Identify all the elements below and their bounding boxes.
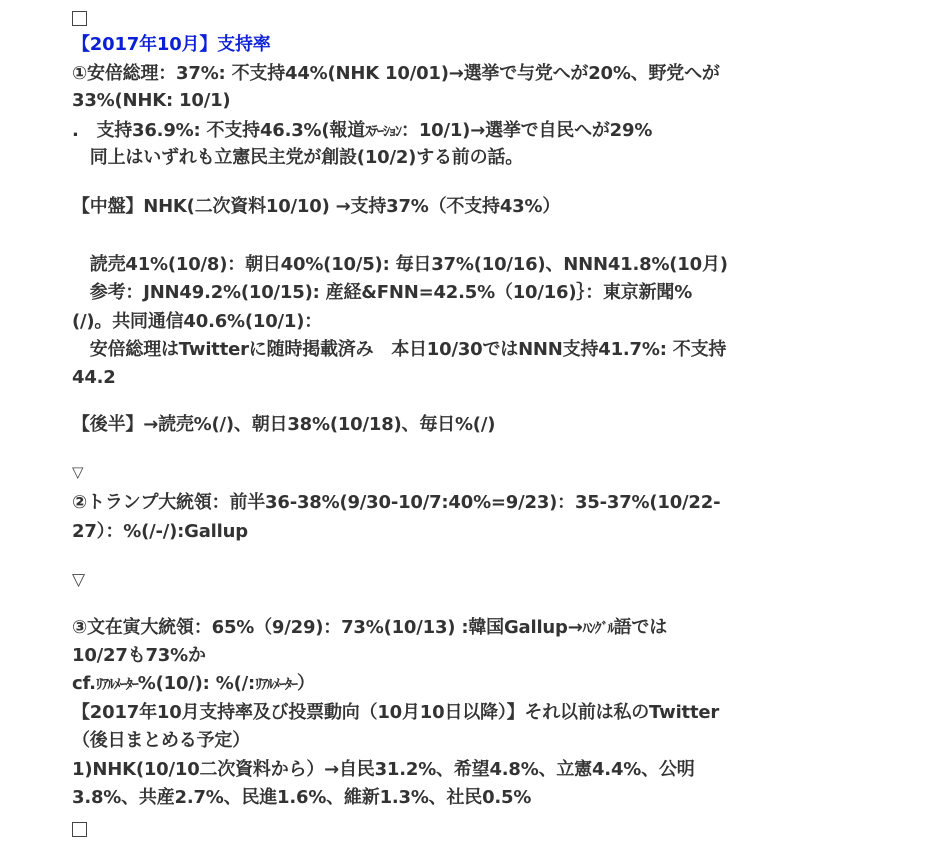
mid-period-line-5: 44.2 xyxy=(72,366,116,390)
text-segment: ：10/1)→選挙で自民へが29% xyxy=(401,120,652,141)
trump-approval-line-1: ②トランプ大統領：前半36-38%(9/30-10/7:40%=9/23)：35… xyxy=(72,491,720,515)
abe-approval-line-1: ①安倍総理：37%: 不支持44%(NHK 10/01)→選挙で与党へが20%、… xyxy=(72,62,720,86)
vote-trend-line-1: 1)NHK(10/10二次資料から）→自民31.2%、希望4.8%、立憲4.4%… xyxy=(72,758,695,782)
vote-trend-header: 【2017年10月支持率及び投票動向（10月10日以降）】それ以前は私のTwit… xyxy=(72,701,719,725)
mid-period-header: 【中盤】NHK(二次資料10/10) →支持37%（不支持43%） xyxy=(72,195,560,219)
mid-period-line-4: 安倍総理はTwitterに随時掲載済み 本日10/30ではNNN支持41.7%:… xyxy=(72,338,726,362)
vote-trend-line-2: 3.8%、共産2.7%、民進1.6%、維新1.3%、社民0.5% xyxy=(72,786,531,810)
triangle-marker-2: ▽ xyxy=(72,568,85,592)
mid-period-line-2: 参考：JNN49.2%(10/15): 産経&FNN=42.5%（10/16)｝… xyxy=(72,281,692,305)
text-segment-kana: ﾊﾝｸﾞﾙ xyxy=(583,621,614,637)
mid-period-line-3: (/)。共同通信40.6%(10/1)： xyxy=(72,310,322,334)
text-segment: . 支持36.9%: 不支持46.3%(報道 xyxy=(72,120,365,141)
text-segment: cf. xyxy=(72,673,96,694)
trump-approval-line-2: 27）：%(/-/):Gallup xyxy=(72,520,248,544)
late-period-header: 【後半】→読売%(/)、朝日38%(10/18)、毎日%(/) xyxy=(72,413,495,437)
checkbox-marker-top xyxy=(72,6,87,30)
text-segment: ） xyxy=(297,673,315,694)
mid-period-line-1: 読売41%(10/8)：朝日40%(10/5): 毎日37%(10/16)、NN… xyxy=(72,253,728,277)
text-segment-kana: ﾘｱﾙﾒｰﾀｰ xyxy=(96,677,138,693)
abe-note-line: 同上はいずれも立憲民主党が創設(10/2)する前の話。 xyxy=(72,146,523,170)
text-segment: %(10/): %(/: xyxy=(138,673,255,694)
square-icon xyxy=(72,11,87,26)
moon-approval-line-1: ③文在寅大統領：65%（9/29)：73%(10/13) :韓国Gallup→ﾊ… xyxy=(72,616,667,640)
abe-approval-line-3: . 支持36.9%: 不支持46.3%(報道ｽﾃｰｼｮﾝ：10/1)→選挙で自民… xyxy=(72,119,652,143)
text-segment-kana: ｽﾃｰｼｮﾝ xyxy=(365,124,401,140)
page-title: 【2017年10月】支持率 xyxy=(72,33,271,57)
text-segment: 語では xyxy=(614,617,667,638)
abe-approval-line-2: 33%(NHK: 10/1) xyxy=(72,89,230,113)
triangle-marker-1: ▽ xyxy=(72,460,83,484)
text-segment: ③文在寅大統領：65%（9/29)：73%(10/13) :韓国Gallup→ xyxy=(72,617,583,638)
text-segment-kana: ﾘｱﾙﾒｰﾀｰ xyxy=(255,677,297,693)
moon-approval-line-2: 10/27も73%か xyxy=(72,644,206,668)
moon-approval-line-3: cf.ﾘｱﾙﾒｰﾀｰ%(10/): %(/:ﾘｱﾙﾒｰﾀｰ） xyxy=(72,672,315,696)
square-icon xyxy=(72,822,87,837)
vote-trend-note: （後日まとめる予定） xyxy=(72,729,250,753)
checkbox-marker-bottom xyxy=(72,817,87,841)
